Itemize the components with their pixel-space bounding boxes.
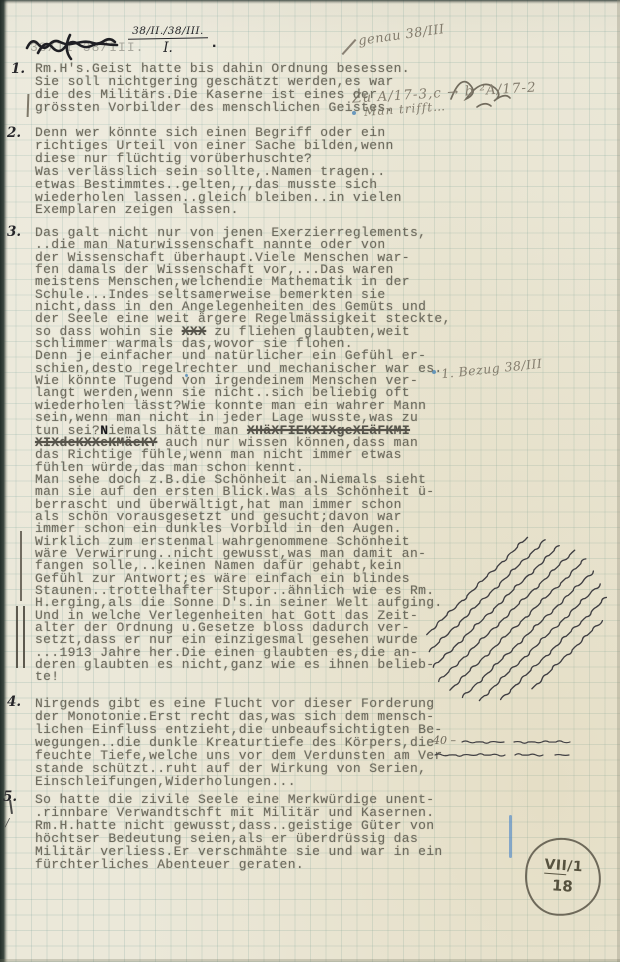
shorthand-squiggle <box>460 735 580 747</box>
paragraph-number: 4. <box>7 694 21 710</box>
blue-pencil-line <box>509 815 512 858</box>
scan-edge-top <box>0 0 620 4</box>
paragraph-number: 2. <box>7 125 21 141</box>
margin-slash-mark: ·/ <box>2 816 9 829</box>
folio-numerator: 38/II./38/III. <box>126 25 210 37</box>
folio-denominator: I. <box>126 40 210 56</box>
manuscript-page: 38/II 38/III. 38/II./38/III. I. . genau … <box>0 0 620 962</box>
shorthand-squiggle <box>433 748 583 760</box>
stamp-number: 18 <box>551 876 573 895</box>
typed-line: Einschleifungen,Widerholungen... <box>35 775 451 788</box>
ink-strikeout-scribble <box>24 32 128 62</box>
paragraph-2: Denn wer könnte sich einen Begriff oder … <box>35 127 402 217</box>
margin-double-stroke <box>16 606 18 668</box>
margin-stroke <box>27 94 29 117</box>
stamp-signature: VII/1 <box>544 858 584 876</box>
paragraph-1: Rm.H's.Geist hatte bis dahin Ordnung bes… <box>35 63 410 115</box>
archive-stamp: VII/1 18 <box>522 835 603 918</box>
typed-line: te! <box>35 671 451 683</box>
typed-line: deren glaubten es nicht,ganz wie es ihne… <box>35 659 451 671</box>
paragraph-4: Nirgends gibt es eine Flucht vor dieser … <box>35 697 451 788</box>
paragraph-number: 3. <box>7 224 21 240</box>
note-bezug: 1. Bezug 38/III <box>440 356 543 382</box>
paragraph-5: So hatte die zivile Seele eine Merkwürdi… <box>35 793 443 871</box>
header-dot: . <box>212 34 216 52</box>
shorthand-note-row <box>433 748 583 760</box>
typed-line: grössten Vorbilder des menschlichen Geis… <box>35 102 410 115</box>
shorthand-note-row: 40 – <box>433 734 580 747</box>
typed-line: fürchterliches Abenteuer geraten. <box>35 858 443 871</box>
paragraph-number: 1. <box>11 61 25 77</box>
margin-double-stroke <box>23 606 25 668</box>
paragraph-3: Das galt nicht nur von jenen Exerzierreg… <box>35 227 451 684</box>
pencil-slant-stroke <box>342 39 357 55</box>
typed-line: Exemplaren zeigen lassen. <box>35 204 402 217</box>
note-genau: genau 38/III <box>357 22 445 49</box>
margin-stroke <box>20 531 22 601</box>
diagonal-shorthand-note <box>418 545 620 715</box>
header-folio-fraction: 38/II./38/III. I. <box>126 25 210 56</box>
shorthand-prefix: 40 – <box>433 734 456 747</box>
